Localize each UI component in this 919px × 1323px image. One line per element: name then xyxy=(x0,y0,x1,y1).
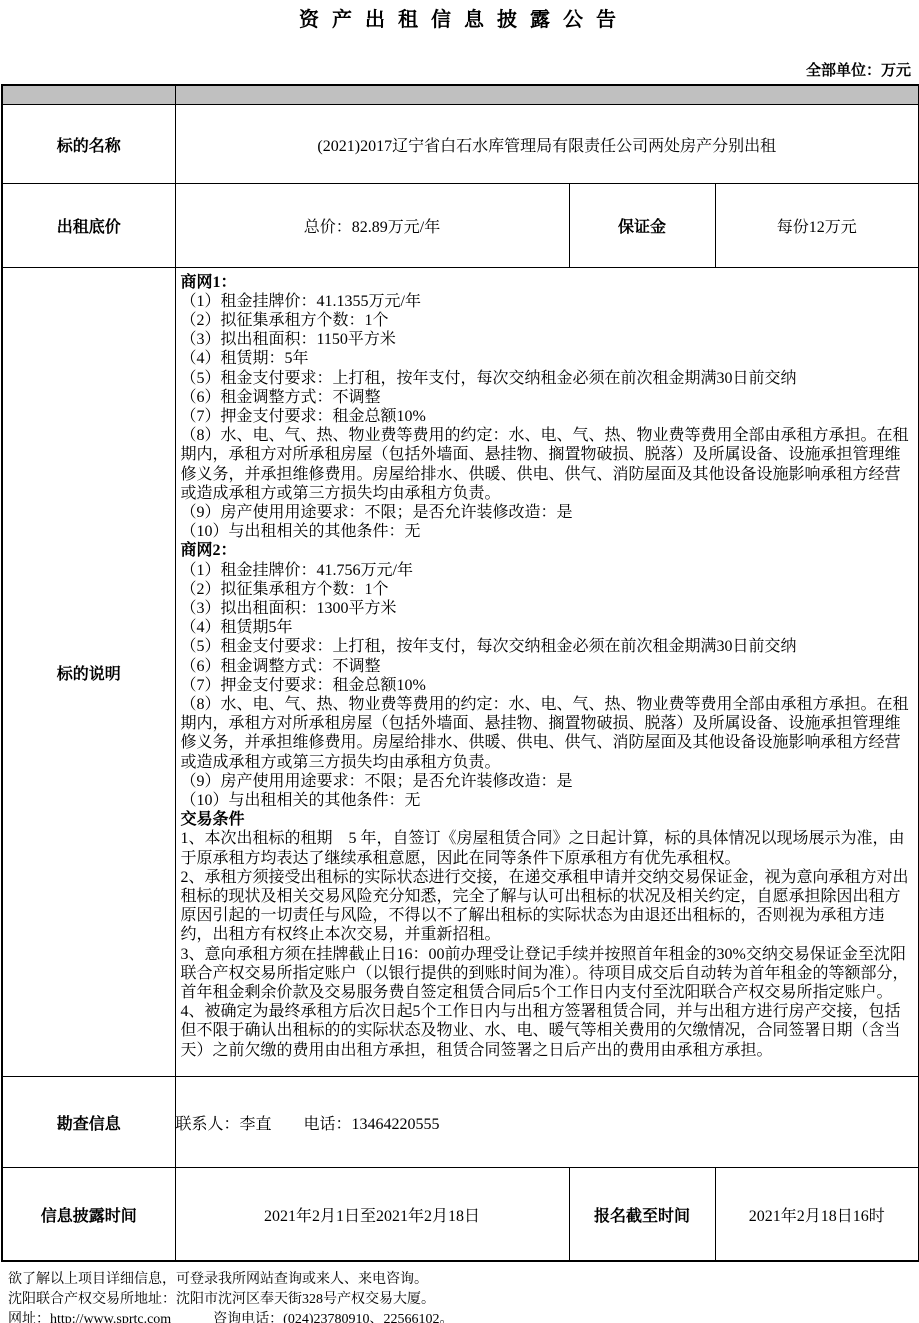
footer: 欲了解以上项目详细信息，可登录我所网站查询或来人、来电咨询。 沈阳联合产权交易所… xyxy=(0,1270,919,1323)
description-paragraph: （8）水、电、气、热、物业费等费用的约定：水、电、气、热、物业费等费用全部由承租… xyxy=(181,426,915,503)
description-paragraph: （10）与出租相关的其他条件：无 xyxy=(181,791,915,810)
survey-row: 勘查信息 联系人：李直 电话：13464220555 xyxy=(2,1077,919,1168)
description-paragraph: 4、被确定为最终承租方后次日起5个工作日内与出租方签署租赁合同，并与出租方进行房… xyxy=(181,1002,915,1060)
table-header-row xyxy=(2,85,919,105)
description-paragraph: 商网1： xyxy=(181,273,915,292)
description-paragraph: （7）押金支付要求：租金总额10% xyxy=(181,676,915,695)
description-paragraph: （3）拟出租面积：1300平方米 xyxy=(181,599,915,618)
subject-name-value: (2021)2017辽宁省白石水库管理局有限责任公司两处房产分别出租 xyxy=(175,105,919,184)
description-paragraph: （3）拟出租面积：1150平方米 xyxy=(181,330,915,349)
footer-info-line: 欲了解以上项目详细信息，可登录我所网站查询或来人、来电咨询。 xyxy=(8,1270,919,1290)
base-price-label: 出租底价 xyxy=(2,184,175,268)
description-paragraph: （2）拟征集承租方个数：1个 xyxy=(181,580,915,599)
subject-name-row: 标的名称 (2021)2017辽宁省白石水库管理局有限责任公司两处房产分别出租 xyxy=(2,105,919,184)
deposit-value: 每份12万元 xyxy=(715,184,919,268)
description-paragraph: （1）租金挂牌价：41.1355万元/年 xyxy=(181,292,915,311)
deadline-value: 2021年2月18日16时 xyxy=(715,1168,919,1262)
description-paragraph: （1）租金挂牌价：41.756万元/年 xyxy=(181,561,915,580)
description-cell: 商网1：（1）租金挂牌价：41.1355万元/年（2）拟征集承租方个数：1个（3… xyxy=(175,268,919,1077)
description-paragraph: （8）水、电、气、热、物业费等费用的约定：水、电、气、热、物业费等费用全部由承租… xyxy=(181,695,915,772)
disclosure-time-value: 2021年2月1日至2021年2月18日 xyxy=(175,1168,569,1262)
description-content: 商网1：（1）租金挂牌价：41.1355万元/年（2）拟征集承租方个数：1个（3… xyxy=(176,270,919,1075)
description-paragraph: 3、意向承租方须在挂牌截止日16：00前办理受让登记手续并按照首年租金的30%交… xyxy=(181,945,915,1003)
description-paragraph: （4）租赁期：5年 xyxy=(181,349,915,368)
description-paragraph: （4）租赁期5年 xyxy=(181,618,915,637)
disclosure-table: 标的名称 (2021)2017辽宁省白石水库管理局有限责任公司两处房产分别出租 … xyxy=(1,84,919,1262)
header-cell-right xyxy=(175,85,919,105)
unit-note: 全部单位：万元 xyxy=(0,62,919,80)
deadline-label: 报名截至时间 xyxy=(569,1168,715,1262)
survey-label: 勘查信息 xyxy=(2,1077,175,1168)
disclosure-time-label: 信息披露时间 xyxy=(2,1168,175,1262)
deposit-label: 保证金 xyxy=(569,184,715,268)
header-cell-left xyxy=(2,85,175,105)
description-paragraph: （2）拟征集承租方个数：1个 xyxy=(181,311,915,330)
description-row: 标的说明 商网1：（1）租金挂牌价：41.1355万元/年（2）拟征集承租方个数… xyxy=(2,268,919,1077)
description-paragraph: （6）租金调整方式：不调整 xyxy=(181,388,915,407)
description-paragraph: （5）租金支付要求：上打租，按年支付，每次交纳租金必须在前次租金期满30日前交纳 xyxy=(181,637,915,656)
description-paragraph: （6）租金调整方式：不调整 xyxy=(181,657,915,676)
page-title: 资 产 出 租 信 息 披 露 公 告 xyxy=(0,0,919,32)
description-paragraph: （9）房产使用用途要求：不限；是否允许装修改造：是 xyxy=(181,503,915,522)
description-paragraph: （7）押金支付要求：租金总额10% xyxy=(181,407,915,426)
survey-value: 联系人：李直 电话：13464220555 xyxy=(175,1077,919,1168)
base-price-row: 出租底价 总价：82.89万元/年 保证金 每份12万元 xyxy=(2,184,919,268)
description-paragraph: 1、本次出租标的租期 5 年，自签订《房屋租赁合同》之日起计算，标的具体情况以现… xyxy=(181,829,915,867)
description-paragraph: 交易条件 xyxy=(181,810,915,829)
description-paragraph: 商网2： xyxy=(181,541,915,560)
description-paragraph: 2、承租方须接受出租标的实际状态进行交接，在递交承租申请并交纳交易保证金，视为意… xyxy=(181,868,915,945)
description-label: 标的说明 xyxy=(2,268,175,1077)
subject-name-label: 标的名称 xyxy=(2,105,175,184)
footer-address-line: 沈阳联合产权交易所地址：沈阳市沈河区奉天街328号产权交易大厦。 xyxy=(8,1290,919,1310)
disclosure-time-row: 信息披露时间 2021年2月1日至2021年2月18日 报名截至时间 2021年… xyxy=(2,1168,919,1262)
description-paragraph: （10）与出租相关的其他条件：无 xyxy=(181,522,915,541)
base-price-value: 总价：82.89万元/年 xyxy=(175,184,569,268)
description-paragraph: （5）租金支付要求：上打租，按年支付，每次交纳租金必须在前次租金期满30日前交纳 xyxy=(181,369,915,388)
description-paragraph: （9）房产使用用途要求：不限；是否允许装修改造：是 xyxy=(181,772,915,791)
footer-contact-line: 网址：http://www.sprtc.com 咨询电话：(024)237809… xyxy=(8,1310,919,1323)
